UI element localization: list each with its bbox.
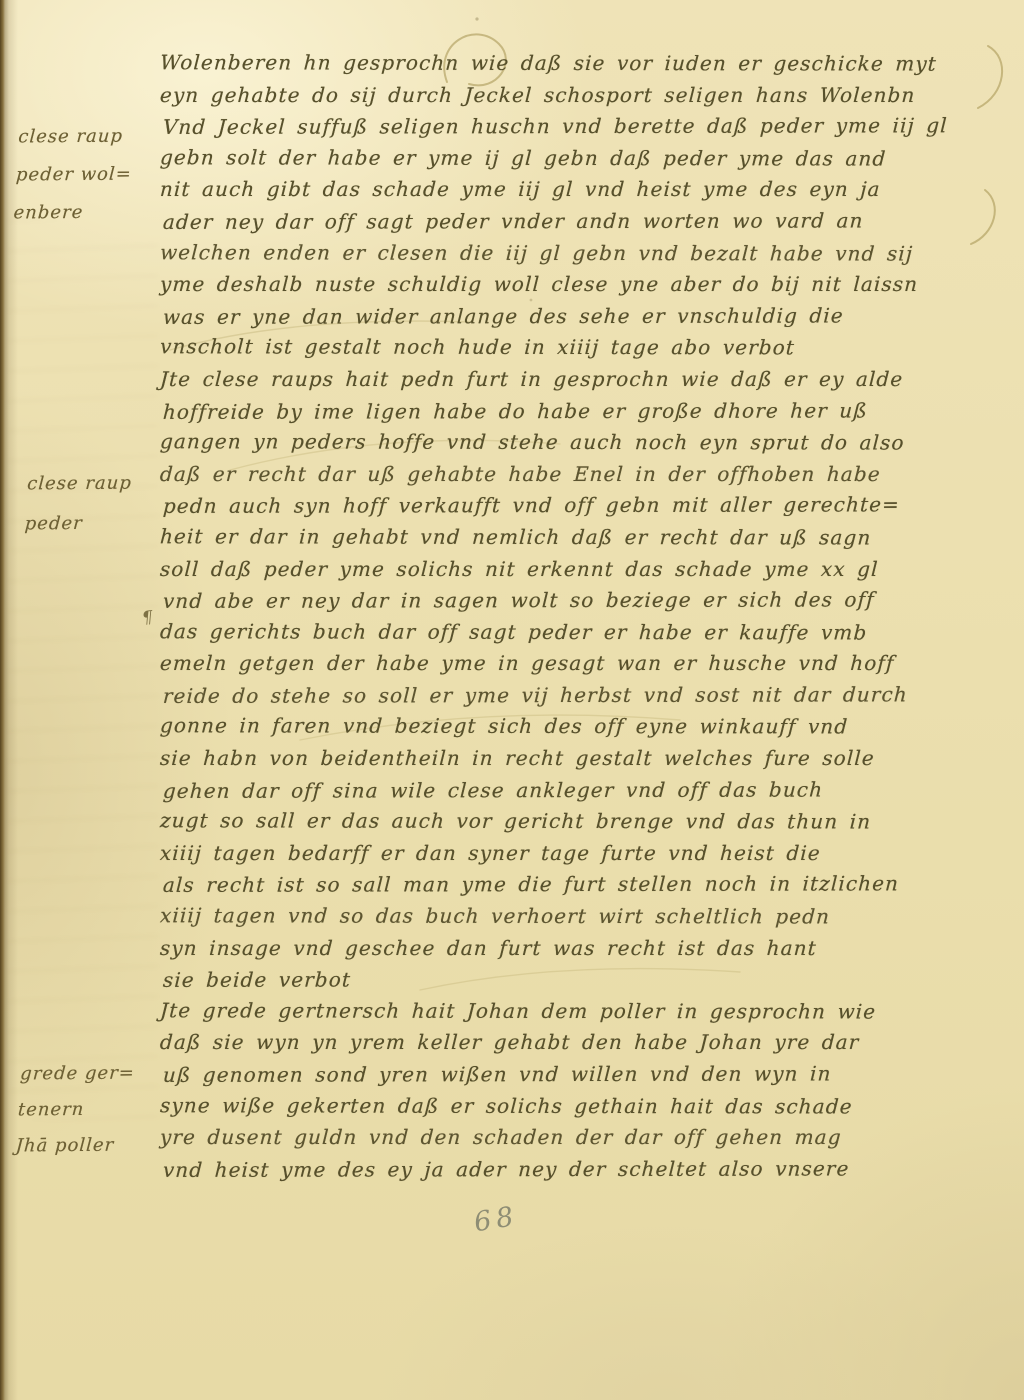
manuscript-line: als recht ist so sall man yme die furt s… <box>162 869 1022 902</box>
manuscript-line: daß sie wyn yn yrem keller gehabt den ha… <box>159 1027 1019 1059</box>
manuscript-line: yre dusent guldn vnd den schaden der dar… <box>159 1122 1019 1154</box>
manuscript-line: vnd abe er ney dar in sagen wolt so bezi… <box>162 584 1022 617</box>
manuscript-line: heit er dar in gehabt vnd nemlich daß er… <box>159 521 1019 554</box>
manuscript-line: welchen enden er clesen die iij gl gebn … <box>159 237 1019 270</box>
margin-note-line: peder wol= <box>15 156 133 195</box>
manuscript-line: xiiij tagen bedarff er dan syner tage fu… <box>159 838 1019 870</box>
margin-note-clese-raup-peder: clese raup peder <box>23 464 133 545</box>
manuscript-line: vnscholt ist gestalt noch hude in xiiij … <box>159 332 1019 365</box>
manuscript-line: gonne in faren vnd beziegt sich des off … <box>159 711 1019 744</box>
manuscript-line: gehen dar off sina wile clese ankleger v… <box>162 774 1022 807</box>
manuscript-line: was er yne dan wider anlange des sehe er… <box>162 300 1022 333</box>
manuscript-line: gebn solt der habe er yme ij gl gebn daß… <box>159 142 1019 175</box>
manuscript-line: ader ney dar off sagt peder vnder andn w… <box>162 205 1022 238</box>
ink-bleedthrough-texture <box>8 220 158 1120</box>
margin-note-line: clese raup <box>17 118 135 157</box>
margin-note-line: peder <box>23 504 130 545</box>
manuscript-line: Vnd Jeckel suffuß seligen huschn vnd ber… <box>162 110 1022 143</box>
margin-note-line: clese raup <box>26 464 133 505</box>
manuscript-line: daß er recht dar uß gehabte habe Enel in… <box>159 459 1019 491</box>
ink-speck-1 <box>475 17 478 20</box>
manuscript-text-block: Wolenberen hn gesprochn wie daß sie vor … <box>160 48 1018 1185</box>
manuscript-line: yme deshalb nuste schuldig woll clese yn… <box>159 269 1019 301</box>
manuscript-line: syn insage vnd geschee dan furt was rech… <box>159 933 1019 965</box>
manuscript-page: clese raup peder wol= enbere clese raup … <box>0 0 1024 1400</box>
manuscript-line: vnd heist yme des ey ja ader ney der sch… <box>162 1153 1022 1186</box>
manuscript-line: gangen yn peders hoffe vnd stehe auch no… <box>159 426 1019 459</box>
manuscript-line: hoffreide by ime ligen habe do habe er g… <box>162 395 1022 428</box>
margin-note-line: Jhā poller <box>15 1128 132 1165</box>
manuscript-line: zugt so sall er das auch vor gericht bre… <box>159 806 1019 839</box>
manuscript-line: soll daß peder yme solichs nit erkennt d… <box>159 554 1019 586</box>
margin-note-grede-gertenern-poller: grede ger= tenern Jhā poller <box>15 1056 136 1165</box>
folio-number: 68 <box>472 1201 521 1239</box>
manuscript-line: Jte grede gertnersch hait Johan dem poll… <box>159 995 1019 1028</box>
manuscript-line: emeln getgen der habe yme in gesagt wan … <box>159 648 1019 680</box>
manuscript-line: sie habn von beidentheiln in recht gesta… <box>159 743 1019 775</box>
margin-note-line: grede ger= <box>19 1056 136 1093</box>
manuscript-line: xiiij tagen vnd so das buch verhoert wir… <box>159 900 1019 933</box>
margin-note-line: tenern <box>17 1092 134 1129</box>
manuscript-line: eyn gehabte do sij durch Jeckel schospor… <box>159 80 1019 112</box>
manuscript-line: uß genomen sond yren wißen vnd willen vn… <box>162 1058 1022 1091</box>
paragraph-mark: ¶ <box>141 607 154 628</box>
manuscript-line: Wolenberen hn gesprochn wie daß sie vor … <box>159 47 1019 80</box>
manuscript-line: syne wiße gekerten daß er solichs gethai… <box>159 1090 1019 1123</box>
manuscript-line: pedn auch syn hoff verkaufft vnd off geb… <box>162 489 1022 522</box>
margin-note-clese-raup-peder-wolenbere: clese raup peder wol= enbere <box>12 118 135 233</box>
manuscript-line: Jte clese raups hait pedn furt in gespro… <box>159 364 1019 396</box>
manuscript-line: nit auch gibt das schade yme iij gl vnd … <box>159 174 1019 206</box>
manuscript-line: sie beide verbot <box>162 963 1022 996</box>
margin-note-line: enbere <box>12 194 130 233</box>
manuscript-line: reide do stehe so soll er yme vij herbst… <box>162 679 1022 712</box>
manuscript-line: das gerichts buch dar off sagt peder er … <box>159 616 1019 649</box>
